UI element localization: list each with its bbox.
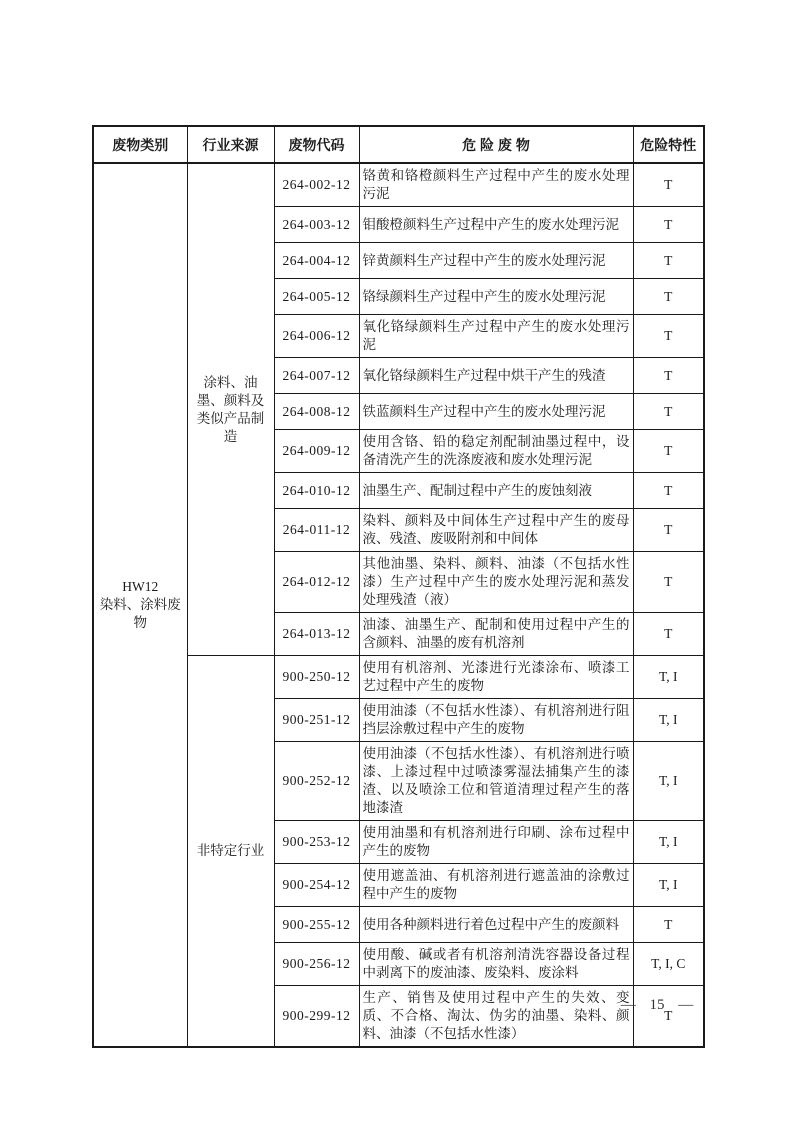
waste-code-cell: 264-003-12 <box>274 207 359 243</box>
hazard-property-cell: T <box>633 907 704 943</box>
hazard-property-cell: T <box>633 509 704 552</box>
hazard-property-cell: T, I <box>633 699 704 742</box>
waste-description-cell: 铁蓝颜料生产过程中产生的废水处理污泥 <box>359 394 633 430</box>
waste-description-cell: 油漆、油墨生产、配制和使用过程中产生的含颜料、油墨的废有机溶剂 <box>359 613 633 656</box>
waste-code-cell: 264-006-12 <box>274 315 359 358</box>
hazard-property-cell: T <box>633 243 704 279</box>
hazard-property-cell: T <box>633 613 704 656</box>
waste-code-cell: 264-007-12 <box>274 358 359 394</box>
waste-description-cell: 染料、颜料及中间体生产过程中产生的废母液、残渣、废吸附剂和中间体 <box>359 509 633 552</box>
waste-code-cell: 264-011-12 <box>274 509 359 552</box>
hazard-property-cell: T <box>633 473 704 509</box>
waste-code-cell: 264-008-12 <box>274 394 359 430</box>
hazard-property-cell: T, I <box>633 742 704 821</box>
waste-description-cell: 其他油墨、染料、颜料、油漆（不包括水性漆）生产过程中产生的废水处理污泥和蒸发处理… <box>359 552 633 613</box>
waste-code-cell: 900-255-12 <box>274 907 359 943</box>
waste-code-cell: 900-299-12 <box>274 986 359 1048</box>
waste-category-cell: HW12染料、涂料废物 <box>93 163 187 1047</box>
hazard-property-cell: T <box>633 315 704 358</box>
header-hazardous-waste: 危 险 废 物 <box>359 126 633 163</box>
waste-code-cell: 900-252-12 <box>274 742 359 821</box>
waste-description-cell: 铬绿颜料生产过程中产生的废水处理污泥 <box>359 279 633 315</box>
waste-code-cell: 264-002-12 <box>274 163 359 207</box>
waste-description-cell: 使用酸、碱或者有机溶剂清洗容器设备过程中剥离下的废油漆、废染料、废涂料 <box>359 943 633 986</box>
waste-description-cell: 生产、销售及使用过程中产生的失效、变质、不合格、淘汰、伪劣的油墨、染料、颜料、油… <box>359 986 633 1048</box>
waste-code-cell: 900-253-12 <box>274 821 359 864</box>
waste-code-cell: 264-009-12 <box>274 430 359 473</box>
waste-code-cell: 264-010-12 <box>274 473 359 509</box>
waste-description-cell: 氧化铬绿颜料生产过程中产生的废水处理污泥 <box>359 315 633 358</box>
hazard-property-cell: T <box>633 163 704 207</box>
hazard-property-cell: T, I <box>633 821 704 864</box>
page-number: — 15 — <box>612 997 702 1014</box>
waste-description-cell: 钼酸橙颜料生产过程中产生的废水处理污泥 <box>359 207 633 243</box>
waste-description-cell: 使用含铬、铅的稳定剂配制油墨过程中，设备清洗产生的洗涤废液和废水处理污泥 <box>359 430 633 473</box>
waste-code-cell: 900-256-12 <box>274 943 359 986</box>
hazard-property-cell: T <box>633 394 704 430</box>
waste-description-cell: 使用油漆（不包括水性漆）、有机溶剂进行阻挡层涂敷过程中产生的废物 <box>359 699 633 742</box>
waste-code-cell: 264-013-12 <box>274 613 359 656</box>
table-row: HW12染料、涂料废物涂料、油墨、颜料及类似产品制造264-002-12 铬黄和… <box>93 163 704 207</box>
industry-source-cell: 涂料、油墨、颜料及类似产品制造 <box>187 163 274 656</box>
waste-description-cell: 使用遮盖油、有机溶剂进行遮盖油的涂敷过程中产生的废物 <box>359 864 633 907</box>
category-code: HW12 <box>97 578 184 596</box>
waste-description-cell: 使用有机溶剂、光漆进行光漆涂布、喷漆工艺过程中产生的废物 <box>359 656 633 699</box>
waste-description-cell: 铬黄和铬橙颜料生产过程中产生的废水处理污泥 <box>359 163 633 207</box>
waste-description-cell: 油墨生产、配制过程中产生的废蚀刻液 <box>359 473 633 509</box>
hazardous-waste-table: 废物类别 行业来源 废物代码 危 险 废 物 危险特性 HW12染料、涂料废物涂… <box>92 125 705 1048</box>
waste-description-cell: 使用油墨和有机溶剂进行印刷、涂布过程中产生的废物 <box>359 821 633 864</box>
hazard-property-cell: T <box>633 430 704 473</box>
waste-code-cell: 900-254-12 <box>274 864 359 907</box>
waste-description-cell: 使用各种颜料进行着色过程中产生的废颜料 <box>359 907 633 943</box>
waste-code-cell: 264-004-12 <box>274 243 359 279</box>
hazard-property-cell: T <box>633 986 704 1048</box>
hazard-property-cell: T <box>633 552 704 613</box>
header-waste-code: 废物代码 <box>274 126 359 163</box>
header-industry-source: 行业来源 <box>187 126 274 163</box>
waste-description-cell: 使用油漆（不包括水性漆）、有机溶剂进行喷漆、上漆过程中过喷漆雾湿法捕集产生的漆渣… <box>359 742 633 821</box>
hazard-property-cell: T, I, C <box>633 943 704 986</box>
industry-source-cell: 非特定行业 <box>187 656 274 1048</box>
hazard-property-cell: T, I <box>633 864 704 907</box>
waste-code-cell: 900-250-12 <box>274 656 359 699</box>
waste-code-cell: 900-251-12 <box>274 699 359 742</box>
document-page: 废物类别 行业来源 废物代码 危 险 废 物 危险特性 HW12染料、涂料废物涂… <box>0 0 794 1123</box>
hazard-property-cell: T <box>633 207 704 243</box>
hazard-property-cell: T, I <box>633 656 704 699</box>
waste-code-cell: 264-005-12 <box>274 279 359 315</box>
hazard-property-cell: T <box>633 279 704 315</box>
hazard-property-cell: T <box>633 358 704 394</box>
header-waste-category: 废物类别 <box>93 126 187 163</box>
category-name: 染料、涂料废物 <box>97 596 184 632</box>
waste-description-cell: 氧化铬绿颜料生产过程中烘干产生的残渣 <box>359 358 633 394</box>
waste-code-cell: 264-012-12 <box>274 552 359 613</box>
header-hazard-property: 危险特性 <box>633 126 704 163</box>
table-header-row: 废物类别 行业来源 废物代码 危 险 废 物 危险特性 <box>93 126 704 163</box>
waste-description-cell: 锌黄颜料生产过程中产生的废水处理污泥 <box>359 243 633 279</box>
